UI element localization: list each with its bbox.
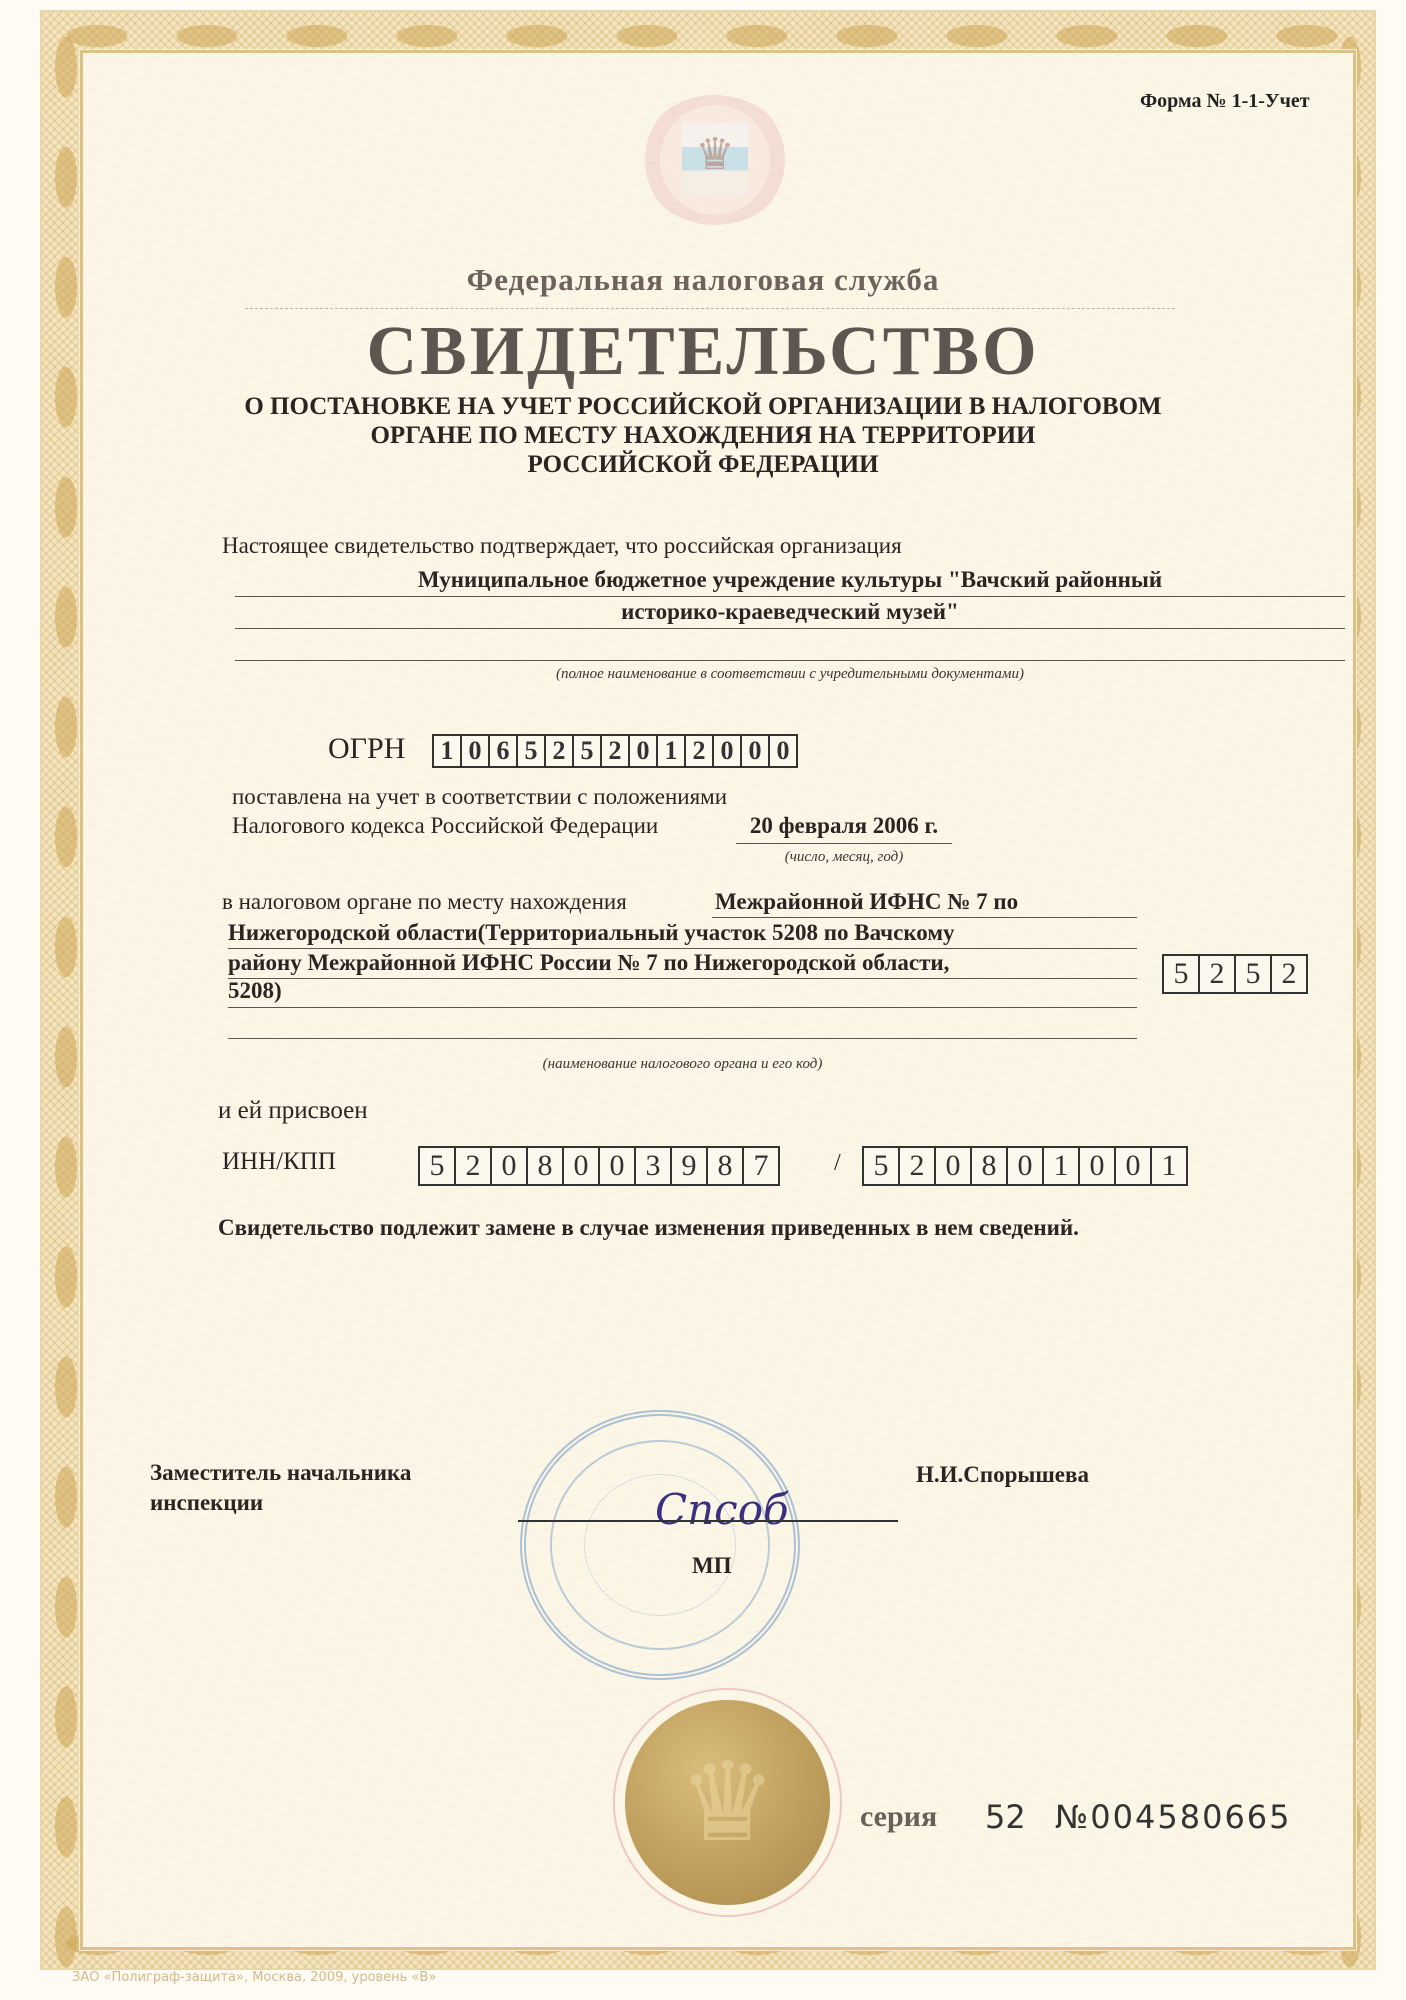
tax-authority-line-2: Нижегородской области(Территориальный уч…	[228, 920, 955, 946]
digit-cell: 0	[462, 736, 490, 766]
seal-place-mark: МП	[692, 1553, 732, 1579]
organization-name-line-2: историко-краеведческий музей"	[235, 599, 1345, 625]
digit-cell: 0	[492, 1148, 528, 1184]
digit-cell: 1	[1044, 1148, 1080, 1184]
fns-emblem: ♛	[640, 95, 790, 225]
tax-authority-line-3: району Межрайонной ИФНС России № 7 по Ни…	[228, 950, 949, 976]
digit-cell: 0	[714, 736, 742, 766]
underline	[736, 843, 952, 844]
digit-cell: 5	[574, 736, 602, 766]
tax-authority-line-4: 5208)	[228, 978, 282, 1004]
subtitle-line: РОССИЙСКОЙ ФЕДЕРАЦИИ	[0, 450, 1406, 479]
position-line: Заместитель начальника	[150, 1458, 411, 1488]
digit-cell: 2	[900, 1148, 936, 1184]
organization-name-line-1: Муниципальное бюджетное учреждение культ…	[235, 567, 1345, 593]
serial-number: №004580665	[1055, 1798, 1292, 1836]
digit-cell: 2	[1272, 956, 1306, 992]
underline	[228, 978, 1137, 979]
subtitle-line: ОРГАНЕ ПО МЕСТУ НАХОЖДЕНИЯ НА ТЕРРИТОРИИ	[0, 421, 1406, 450]
ogrn-label: ОГРН	[328, 732, 405, 766]
official-stamp	[520, 1410, 800, 1680]
border-wave-left	[48, 12, 84, 1968]
underline	[235, 596, 1345, 597]
digit-cell: 0	[630, 736, 658, 766]
signature: Спсоб	[655, 1485, 789, 1534]
digit-cell: 2	[602, 736, 630, 766]
digit-cell: 0	[1008, 1148, 1044, 1184]
digit-cell: 0	[1080, 1148, 1116, 1184]
digit-cell: 1	[1152, 1148, 1186, 1184]
digit-cell: 5	[420, 1148, 456, 1184]
digit-cell: 0	[564, 1148, 600, 1184]
tax-authority-caption: (наименование налогового органа и его ко…	[228, 1056, 1137, 1073]
inn-kpp-separator: /	[834, 1150, 841, 1177]
agency-name: Федеральная налоговая служба	[0, 262, 1406, 298]
digit-cell: 5	[518, 736, 546, 766]
tax-authority-line-1: Межрайонной ИФНС № 7 по	[715, 889, 1018, 915]
digit-cell: 8	[528, 1148, 564, 1184]
organization-intro: Настоящее свидетельство подтверждает, чт…	[222, 533, 902, 559]
digit-cell: 0	[770, 736, 796, 766]
signer-position: Заместитель начальника инспекции	[150, 1458, 411, 1518]
registration-line-2: Налогового кодекса Российской Федерации	[232, 813, 658, 839]
digit-cell: 7	[744, 1148, 778, 1184]
date-caption: (число, месяц, год)	[736, 849, 952, 866]
embossed-eagle-icon: ♛	[625, 1700, 830, 1905]
organization-caption: (полное наименование в соответствии с уч…	[235, 666, 1345, 683]
digit-cell: 0	[936, 1148, 972, 1184]
inn-digits: 5208003987	[418, 1146, 780, 1186]
tax-authority-code: 5252	[1162, 954, 1308, 994]
underline	[228, 1007, 1137, 1008]
digit-cell: 0	[600, 1148, 636, 1184]
digit-cell: 3	[636, 1148, 672, 1184]
digit-cell: 0	[1116, 1148, 1152, 1184]
kpp-digits: 520801001	[862, 1146, 1188, 1186]
registration-line-1: поставлена на учет в соответствии с поло…	[232, 784, 727, 810]
border-wave-top	[42, 18, 1374, 54]
printer-imprint: ЗАО «Полиграф-защита», Москва, 2009, уро…	[72, 1970, 436, 1985]
underline	[235, 628, 1345, 629]
digit-cell: 8	[972, 1148, 1008, 1184]
document-subtitle: О ПОСТАНОВКЕ НА УЧЕТ РОССИЙСКОЙ ОРГАНИЗА…	[0, 392, 1406, 479]
tax-authority-intro: в налоговом органе по месту нахождения	[222, 889, 627, 915]
position-line: инспекции	[150, 1488, 411, 1518]
digit-cell: 8	[708, 1148, 744, 1184]
signature-line	[518, 1520, 898, 1522]
underline	[228, 1038, 1137, 1039]
digit-cell: 0	[742, 736, 770, 766]
underline	[712, 917, 1137, 918]
digit-cell: 2	[686, 736, 714, 766]
double-headed-eagle-icon: ♛	[690, 125, 740, 185]
digit-cell: 6	[490, 736, 518, 766]
digit-cell: 2	[1200, 956, 1236, 992]
digit-cell: 2	[546, 736, 574, 766]
document-title: СВИДЕТЕЛЬСТВО	[0, 312, 1406, 392]
inn-kpp-label: ИНН/КПП	[222, 1148, 336, 1176]
series-label: серия	[860, 1800, 937, 1834]
digit-cell: 9	[672, 1148, 708, 1184]
replacement-notice: Свидетельство подлежит замене в случае и…	[218, 1215, 1079, 1241]
digit-cell: 1	[434, 736, 462, 766]
assigned-intro: и ей присвоен	[218, 1097, 368, 1125]
digit-cell: 5	[1236, 956, 1272, 992]
underline	[235, 660, 1345, 661]
form-number: Форма № 1-1-Учет	[1140, 90, 1310, 113]
ogrn-digits: 1065252012000	[432, 734, 798, 768]
digit-cell: 1	[658, 736, 686, 766]
gold-seal: ♛	[625, 1700, 830, 1905]
digit-cell: 2	[456, 1148, 492, 1184]
series-value: 52	[985, 1798, 1026, 1836]
digit-cell: 5	[1164, 956, 1200, 992]
signer-name: Н.И.Спорышева	[916, 1462, 1089, 1488]
digit-cell: 5	[864, 1148, 900, 1184]
underline	[228, 948, 1137, 949]
registration-date: 20 февраля 2006 г.	[736, 813, 952, 839]
subtitle-line: О ПОСТАНОВКЕ НА УЧЕТ РОССИЙСКОЙ ОРГАНИЗА…	[0, 392, 1406, 421]
agency-divider	[245, 308, 1175, 309]
